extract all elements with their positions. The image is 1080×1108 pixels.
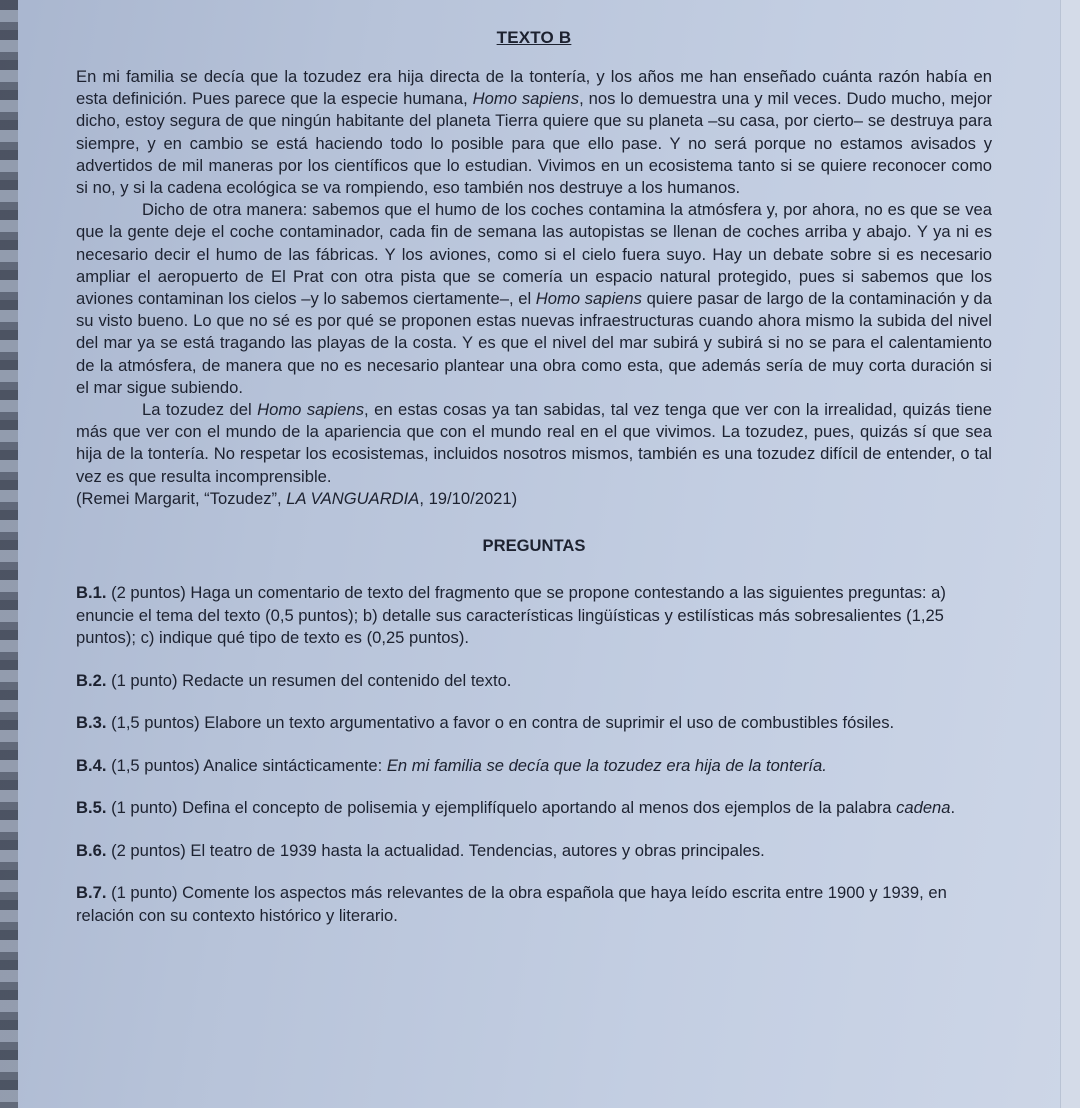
paragraph-1: En mi familia se decía que la tozudez er… (76, 66, 992, 199)
question-text: (1 punto) Redacte un resumen del conteni… (111, 671, 511, 690)
document-title: TEXTO B (76, 28, 992, 48)
question-id: B.6. (76, 841, 106, 860)
question-item: B.7. (1 punto) Comente los aspectos más … (76, 882, 992, 927)
question-id: B.7. (76, 883, 106, 902)
question-text: (1 punto) Defina el concepto de polisemi… (111, 798, 896, 817)
question-text: (1,5 puntos) Elabore un texto argumentat… (111, 713, 894, 732)
species-name: Homo sapiens (473, 89, 579, 108)
question-id: B.4. (76, 756, 106, 775)
questions-header: PREGUNTAS (76, 536, 992, 556)
question-id: B.3. (76, 713, 106, 732)
question-id: B.1. (76, 583, 106, 602)
question-item: B.5. (1 punto) Defina el concepto de pol… (76, 797, 992, 820)
ring-binding (0, 0, 18, 1108)
species-name: Homo sapiens (257, 400, 364, 419)
question-item: B.2. (1 punto) Redacte un resumen del co… (76, 670, 992, 693)
question-sentence: En mi familia se decía que la tozudez er… (387, 756, 827, 775)
page-edge (1060, 0, 1080, 1108)
question-id: B.5. (76, 798, 106, 817)
exam-page: TEXTO B En mi familia se decía que la to… (76, 28, 992, 947)
source-newspaper: LA VANGUARDIA (286, 489, 419, 508)
source-date: , 19/10/2021) (419, 489, 517, 508)
paragraph-2: Dicho de otra manera: sabemos que el hum… (76, 199, 992, 399)
question-text: (1 punto) Comente los aspectos más relev… (76, 883, 947, 925)
question-text: (1,5 puntos) Analice sintácticamente: (111, 756, 387, 775)
paragraph-3: La tozudez del Homo sapiens, en estas co… (76, 399, 992, 488)
article-source: (Remei Margarit, “Tozudez”, LA VANGUARDI… (76, 488, 992, 510)
questions-list: B.1. (2 puntos) Haga un comentario de te… (76, 582, 992, 927)
article-text: En mi familia se decía que la tozudez er… (76, 66, 992, 488)
question-item: B.3. (1,5 puntos) Elabore un texto argum… (76, 712, 992, 735)
question-word: cadena (896, 798, 950, 817)
question-text: (2 puntos) El teatro de 1939 hasta la ac… (111, 841, 765, 860)
question-item: B.4. (1,5 puntos) Analice sintácticament… (76, 755, 992, 778)
question-id: B.2. (76, 671, 106, 690)
question-tail: . (951, 798, 956, 817)
question-text: (2 puntos) Haga un comentario de texto d… (76, 583, 946, 647)
question-item: B.1. (2 puntos) Haga un comentario de te… (76, 582, 992, 650)
question-item: B.6. (2 puntos) El teatro de 1939 hasta … (76, 840, 992, 863)
species-name: Homo sapiens (536, 289, 642, 308)
source-author-title: (Remei Margarit, “Tozudez”, (76, 489, 286, 508)
